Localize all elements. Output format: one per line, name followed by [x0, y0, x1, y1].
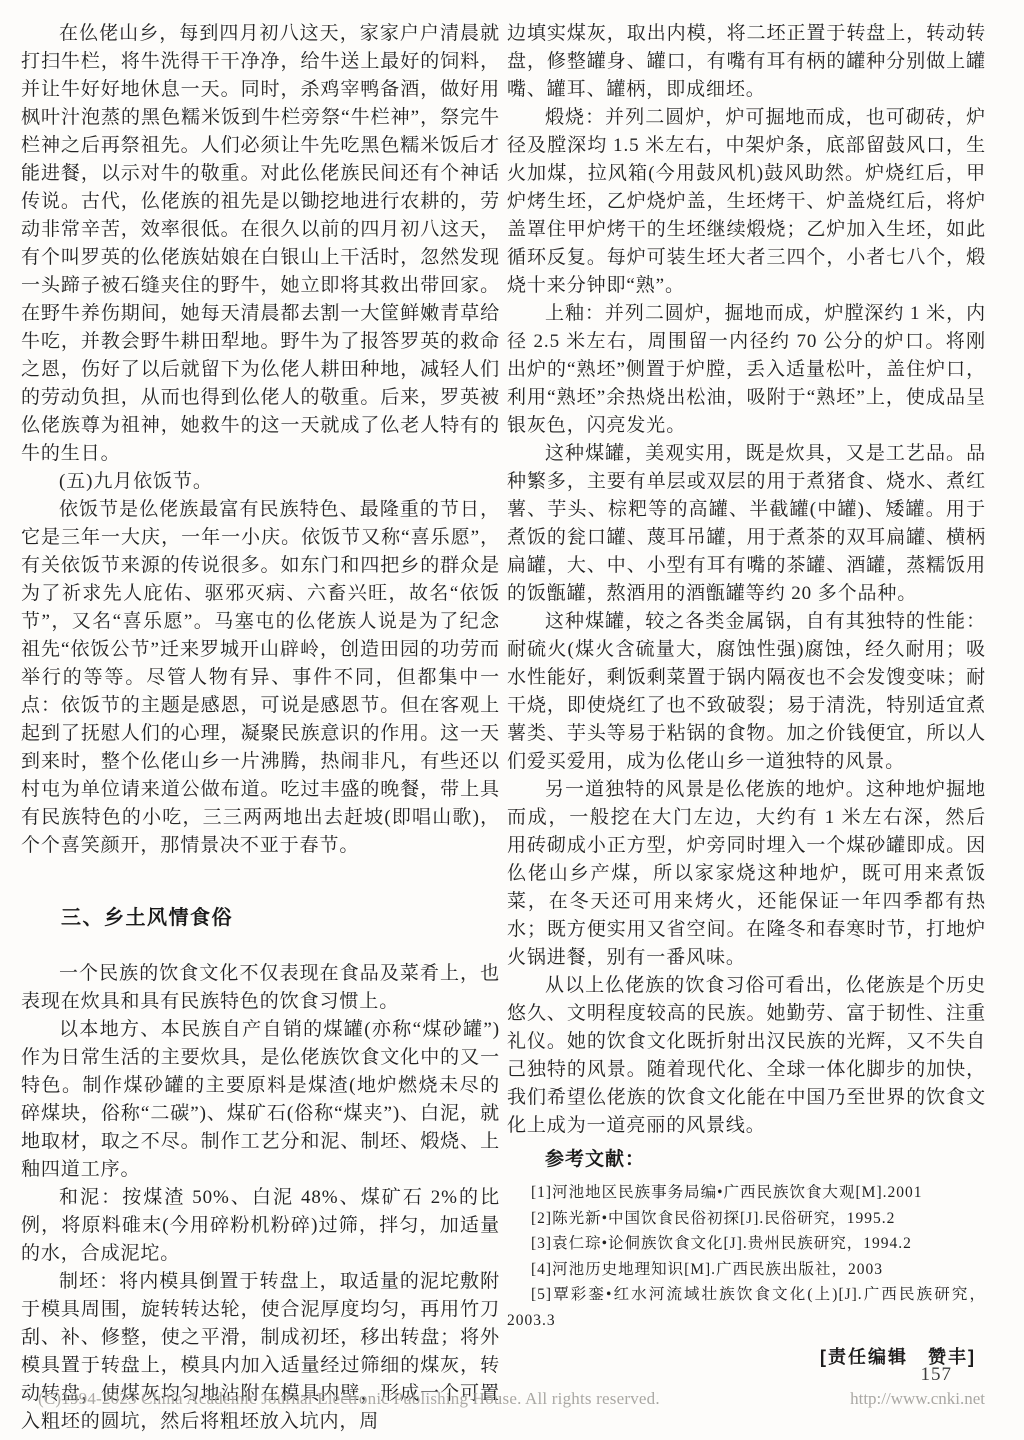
paragraph-forming-blank-continued: 边填实煤灰，取出内模，将二坯正置于转盘上，转动转盘，修整罐身、罐口，有嘴有耳有柄… — [507, 20, 986, 104]
reference-item: [4]河池历史地理知识[M].广西民族出版社，2003 — [507, 1257, 986, 1283]
section-heading-food-customs: 三、乡土风情食俗 — [21, 904, 500, 932]
paragraph-ground-stove: 另一道独特的风景是仫佬族的地炉。这种地炉掘地而成，一般挖在大门左边，大约有 1 … — [507, 776, 986, 972]
reference-item: [2]陈光新•中国饮食民俗初探[J].民俗研究，1995.2 — [507, 1206, 986, 1232]
paragraph-yifan-subtitle: (五)九月依饭节。 — [21, 468, 500, 496]
paragraph-pot-properties: 这种煤罐，较之各类金属锅，自有其独特的性能：耐硫火(煤火含硫量大，腐蚀性强)腐蚀… — [507, 608, 986, 776]
paragraph-mixing-clay: 和泥：按煤渣 50%、白泥 48%、煤矿石 2%的比例，将原料碓末(今用碎粉机粉… — [21, 1184, 500, 1268]
paragraph-forming-blank: 制坯：将内模具倒置于转盘上，取适量的泥坨敷附于模具周围，旋转转达轮，使合泥厚度均… — [21, 1268, 500, 1436]
page-number: 157 — [921, 1364, 953, 1386]
references-heading: 参考文献： — [507, 1146, 986, 1174]
journal-page: 在仫佬山乡，每到四月初八这天，家家户户清晨就打扫牛栏，将牛洗得干干净净，给牛送上… — [0, 0, 1024, 1440]
paragraph-coal-pot-intro: 以本地方、本民族自产自销的煤罐(亦称“煤砂罐”)作为日常生活的主要炊具，是仫佬族… — [21, 1016, 500, 1184]
right-column: 边填实煤灰，取出内模，将二坯正置于转盘上，转动转盘，修整罐身、罐口，有嘴有耳有柄… — [507, 20, 986, 1371]
paragraph-ox-festival: 在仫佬山乡，每到四月初八这天，家家户户清晨就打扫牛栏，将牛洗得干干净净，给牛送上… — [21, 20, 500, 468]
paragraph-yifan-festival: 依饭节是仫佬族最富有民族特色、最隆重的节日，它是三年一大庆，一年一小庆。依饭节又… — [21, 496, 500, 860]
paragraph-calcining: 煅烧：并列二圆炉，炉可掘地而成，也可砌砖，炉径及膛深均 1.5 米左右，中架炉条… — [507, 104, 986, 300]
paragraph-glazing: 上釉：并列二圆炉，掘地而成，炉膛深约 1 米，内径 2.5 米左右，周围留一内径… — [507, 300, 986, 440]
reference-item: [5]覃彩銮•红水河流域壮族饮食文化(上)[J].广西民族研究，2003.3 — [507, 1282, 986, 1333]
reference-item: [1]河池地区民族事务局编•广西民族饮食大观[M].2001 — [507, 1180, 986, 1206]
paragraph-food-culture-intro: 一个民族的饮食文化不仅表现在食品及菜肴上，也表现在炊具和具有民族特色的饮食习惯上… — [21, 960, 500, 1016]
references-list: [1]河池地区民族事务局编•广西民族饮食大观[M].2001 [2]陈光新•中国… — [507, 1180, 986, 1333]
editor-note: [责任编辑 赞丰] — [507, 1343, 976, 1371]
paragraph-conclusion: 从以上仫佬族的饮食习俗可看出，仫佬族是个历史悠久、文明程度较高的民族。她勤劳、富… — [507, 972, 986, 1140]
paragraph-pot-varieties: 这种煤罐，美观实用，既是炊具，又是工艺品。品种繁多，主要有单层或双层的用于煮猪食… — [507, 440, 986, 608]
footer-copyright: (C)1994-2023 China Academic Journal Elec… — [38, 1389, 660, 1409]
reference-item: [3]袁仁琮•论侗族饮食文化[J].贵州民族研究，1994.2 — [507, 1231, 986, 1257]
left-column: 在仫佬山乡，每到四月初八这天，家家户户清晨就打扫牛栏，将牛洗得干干净净，给牛送上… — [21, 20, 500, 1436]
footer-url: http://www.cnki.net — [850, 1389, 985, 1409]
